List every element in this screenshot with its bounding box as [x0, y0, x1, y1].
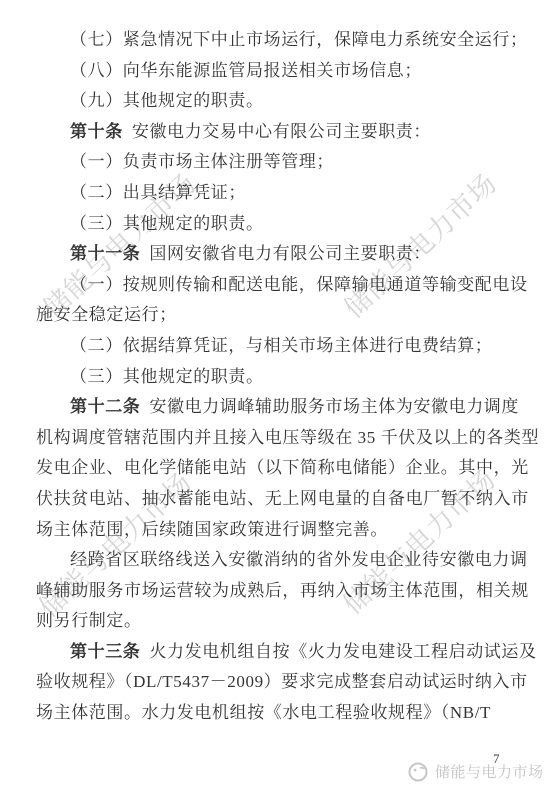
document-line: 发电企业、电化学储能电站（以下简称电储能）企业。其中，光	[36, 453, 542, 484]
line-text: 峰辅助服务市场运营较为成熟后，再纳入市场主体范围，相关规	[36, 581, 529, 600]
document-line: 机构调度管辖范围内并且接入电压等级在 35 千伏及以上的各类型	[36, 423, 542, 454]
document-line: 峰辅助服务市场运营较为成熟后，再纳入市场主体范围，相关规	[36, 576, 542, 607]
document-line: （三）其他规定的职责。	[36, 209, 542, 240]
line-text: 伏扶贫电站、抽水蓄能电站、无上网电量的自备电厂暂不纳入市	[36, 489, 529, 508]
document-line: （七）紧急情况下中止市场运行，保障电力系统安全运行；	[36, 25, 542, 56]
line-text: （一）按规则传输和配送电能，保障输电通道等输变配电设	[70, 275, 528, 294]
line-text: 验收规程》（DL/T5437－2009）要求完成整套启动试运时纳入市	[36, 672, 528, 691]
line-text: 施安全稳定运行；	[36, 305, 177, 324]
document-line: 场主体范围。水力发电机组按《水电工程验收规程》（NB/T	[36, 698, 542, 729]
document-body: （七）紧急情况下中止市场运行，保障电力系统安全运行；（八）向华东能源监管局报送相…	[36, 25, 542, 729]
line-text: （七）紧急情况下中止市场运行，保障电力系统安全运行；	[70, 30, 528, 49]
document-line: 则另行制定。	[36, 606, 542, 637]
footer-logo-icon	[406, 759, 430, 783]
document-line: 第十三条火力发电机组自按《火力发电建设工程启动试运及	[36, 637, 542, 668]
line-text: （二）出具结算凭证；	[70, 183, 246, 202]
line-text: 机构调度管辖范围内并且接入电压等级在 35 千伏及以上的各类型	[36, 428, 539, 447]
line-text: （三）其他规定的职责。	[70, 214, 264, 233]
document-line: 施安全稳定运行；	[36, 300, 542, 331]
document-line: 第十一条国网安徽省电力有限公司主要职责：	[36, 239, 542, 270]
document-line: （一）按规则传输和配送电能，保障输电通道等输变配电设	[36, 270, 542, 301]
document-line: 经跨省区联络线送入安徽消纳的省外发电企业待安徽电力调	[36, 545, 542, 576]
line-text: （二）依据结算凭证，与相关市场主体进行电费结算；	[70, 336, 492, 355]
document-line: （二）出具结算凭证；	[36, 178, 542, 209]
document-page: 储能与电力市场 储能与电力市场 储能与电力市场 储能与电力市场 （七）紧急情况下…	[0, 0, 548, 800]
footer-brand-text: 储能与电力市场	[435, 761, 544, 782]
article-number: 第十三条	[70, 642, 140, 661]
line-text: 国网安徽省电力有限公司主要职责：	[149, 244, 431, 263]
document-line: （二）依据结算凭证，与相关市场主体进行电费结算；	[36, 331, 542, 362]
page-number: 7	[493, 751, 500, 767]
footer-brand: 储能与电力市场	[406, 759, 544, 783]
line-text: 经跨省区联络线送入安徽消纳的省外发电企业待安徽电力调	[70, 550, 528, 569]
document-line: 场主体范围，后续随国家政策进行调整完善。	[36, 515, 542, 546]
line-text: 安徽电力调峰辅助服务市场主体为安徽电力调度	[149, 397, 519, 416]
line-text: 则另行制定。	[36, 611, 142, 630]
article-number: 第十二条	[70, 397, 140, 416]
line-text: 场主体范围，后续随国家政策进行调整完善。	[36, 520, 388, 539]
line-text: 安徽电力交易中心有限公司主要职责：	[132, 122, 431, 141]
document-line: 验收规程》（DL/T5437－2009）要求完成整套启动试运时纳入市	[36, 667, 542, 698]
line-text: 场主体范围。水力发电机组按《水电工程验收规程》（NB/T	[36, 703, 491, 722]
line-text: （三）其他规定的职责。	[70, 367, 264, 386]
document-line: （九）其他规定的职责。	[36, 86, 542, 117]
line-text: （九）其他规定的职责。	[70, 91, 264, 110]
document-line: （三）其他规定的职责。	[36, 362, 542, 393]
document-line: 第十条安徽电力交易中心有限公司主要职责：	[36, 117, 542, 148]
article-number: 第十条	[70, 122, 123, 141]
line-text: 发电企业、电化学储能电站（以下简称电储能）企业。其中，光	[36, 458, 529, 477]
document-line: 伏扶贫电站、抽水蓄能电站、无上网电量的自备电厂暂不纳入市	[36, 484, 542, 515]
line-text: （一）负责市场主体注册等管理；	[70, 152, 334, 171]
document-line: （八）向华东能源监管局报送相关市场信息；	[36, 56, 542, 87]
document-line: （一）负责市场主体注册等管理；	[36, 147, 542, 178]
line-text: （八）向华东能源监管局报送相关市场信息；	[70, 61, 422, 80]
article-number: 第十一条	[70, 244, 140, 263]
document-line: 第十二条安徽电力调峰辅助服务市场主体为安徽电力调度	[36, 392, 542, 423]
line-text: 火力发电机组自按《火力发电建设工程启动试运及	[149, 642, 536, 661]
